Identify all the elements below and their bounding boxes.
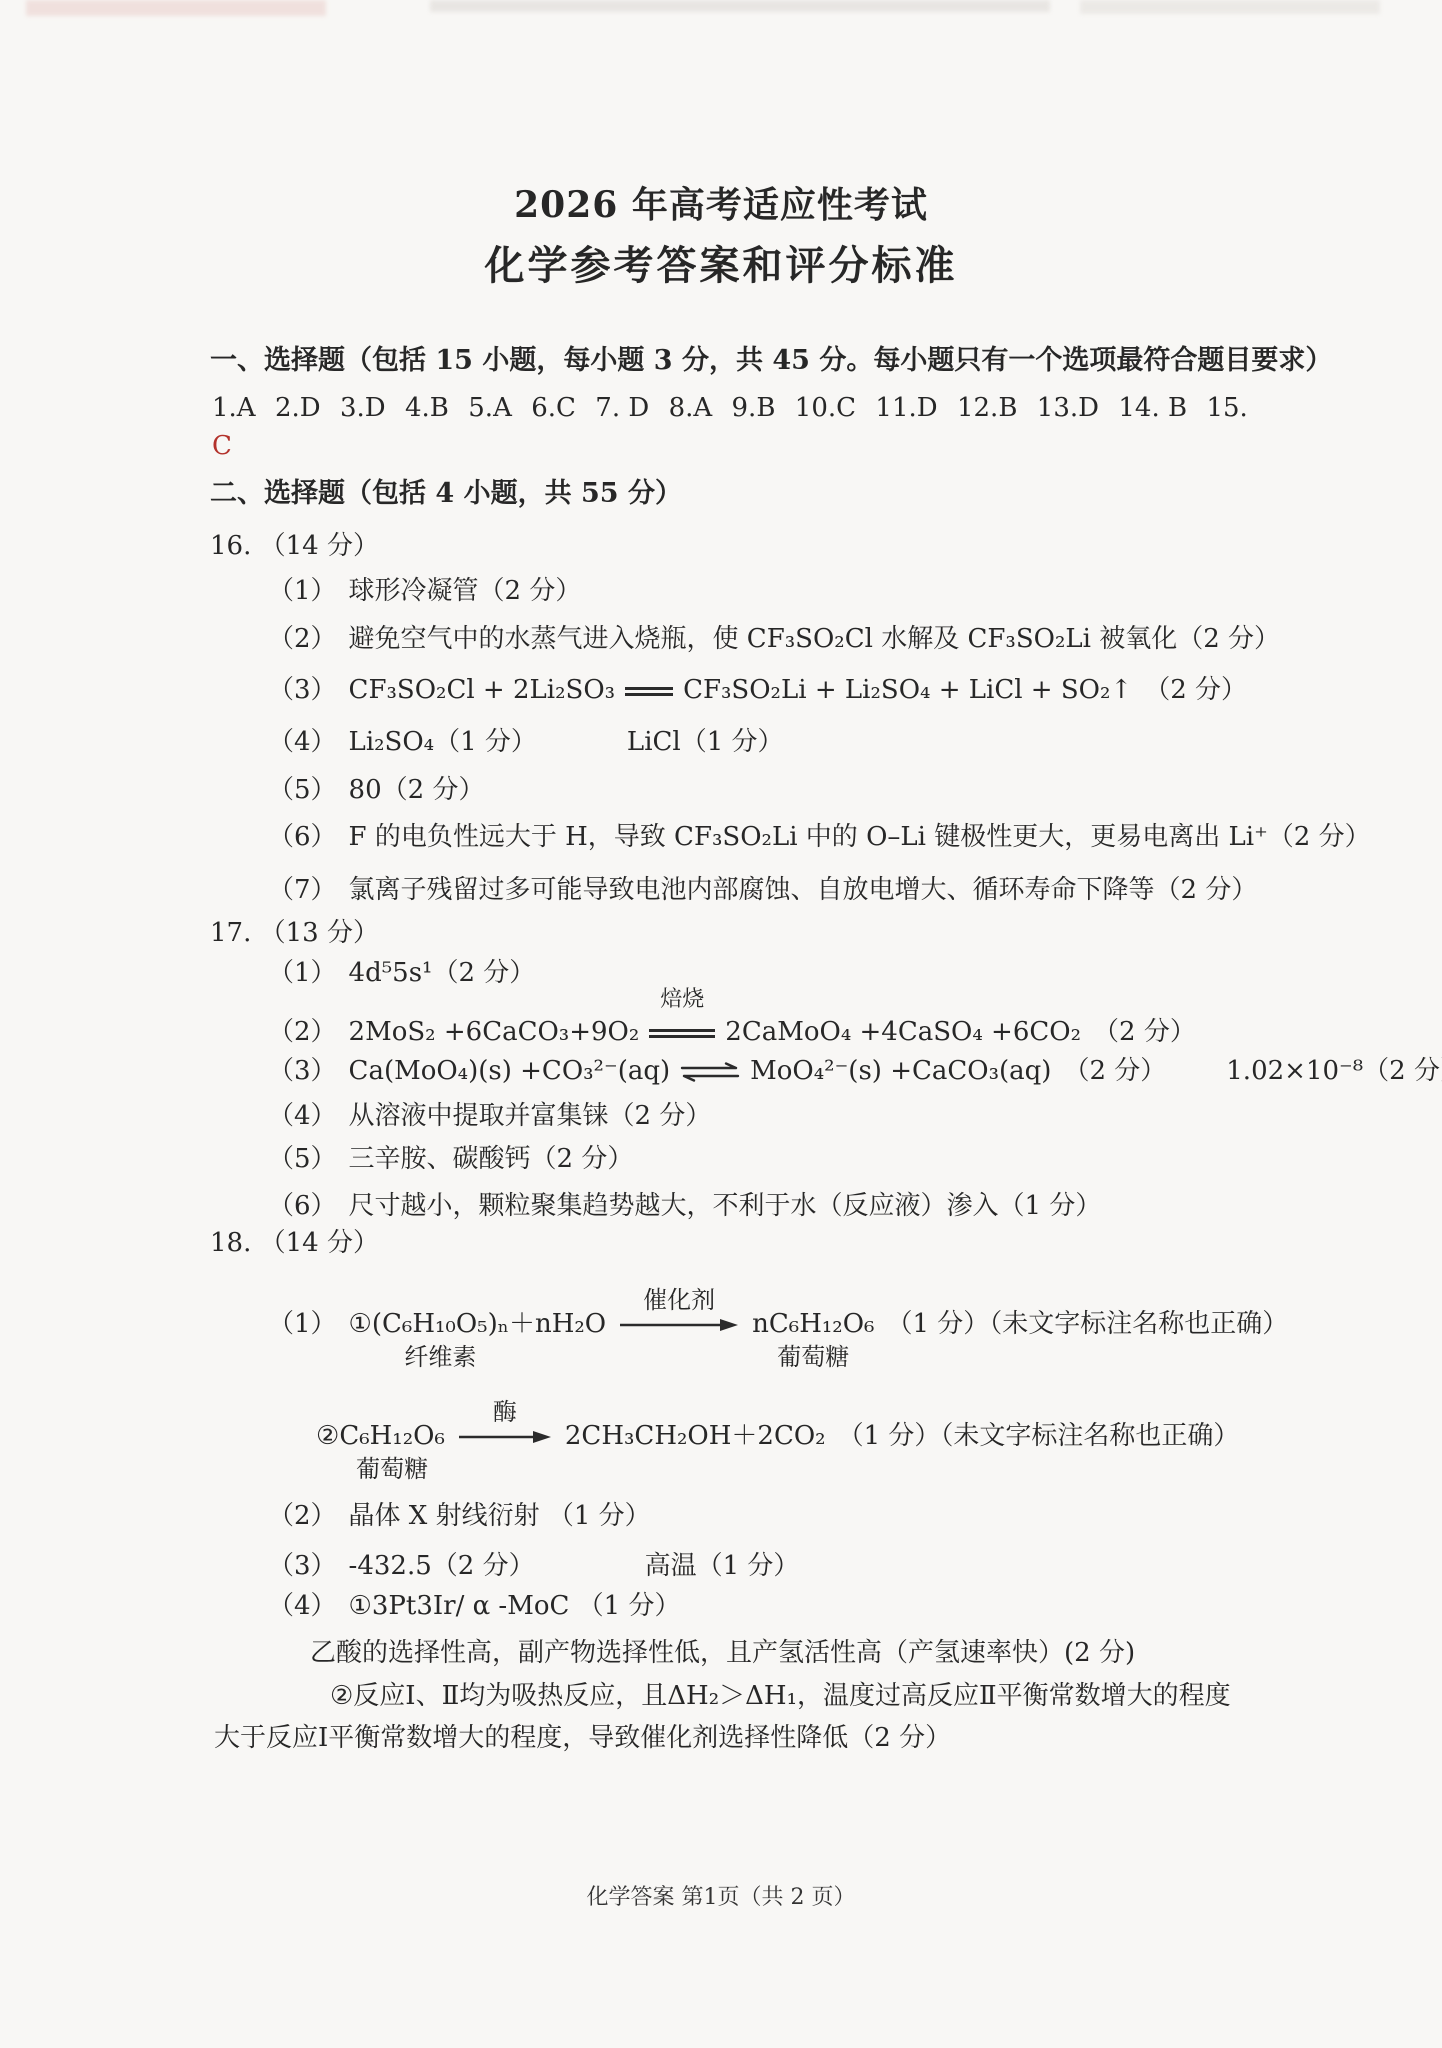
page-title-line2: 化学参考答案和评分标准 <box>0 241 1442 291</box>
equation-rhs: 2CaMoO₄ +4CaSO₄ +6CO₂ <box>725 1017 1081 1047</box>
overflow-answer: C <box>212 430 232 463</box>
item-marker: （5） <box>268 1144 337 1174</box>
answer-item: 3.D <box>340 392 386 425</box>
q16-item-1: （1）球形冷凝管（2 分） <box>268 575 581 608</box>
equation-lhs: CF₃SO₂Cl + 2Li₂SO₃ <box>349 675 616 705</box>
q16-item-7: （7）氯离子残留过多可能导致电池内部腐蚀、自放电增大、循环寿命下降等（2 分） <box>268 874 1257 907</box>
item-marker: （3） <box>268 1056 337 1086</box>
q18-total: （14 分） <box>260 1228 379 1258</box>
q18-item-4: （4）①3Pt3Ir/ α -MoC （1 分） <box>268 1590 680 1623</box>
item-extra-answer: 1.02×10⁻⁸（2 分） <box>1226 1056 1442 1086</box>
item-score: （1 分）（未文字标注名称也正确） <box>838 1421 1240 1451</box>
item-text: 球形冷凝管（2 分） <box>349 576 582 606</box>
item-text: 80（2 分） <box>349 775 485 805</box>
answers-row: 1.A2.D3.D4.B5.A6.C7. D8.A9.B10.C11.D12.B… <box>212 392 1248 425</box>
item-text: 避免空气中的水蒸气进入烧瓶，使 CF₃SO₂Cl 水解及 CF₃SO₂Li 被氧… <box>349 624 1280 654</box>
item-marker: （2） <box>268 1501 337 1531</box>
item-answer-1: Li₂SO₄（1 分） <box>349 727 537 757</box>
item-marker: （2） <box>268 1017 337 1047</box>
reactant-formula: (C₆H₁₀O₅)ₙ <box>372 1309 509 1339</box>
item-text: 4d⁵5s¹（2 分） <box>349 958 536 988</box>
item-answer-1: -432.5（2 分） <box>349 1551 535 1581</box>
q18-item-4-line2: 乙酸的选择性高，副产物选择性低，且产氢活性高（产氢速率快）(2 分) <box>310 1637 1135 1670</box>
item-marker: （3） <box>268 1551 337 1581</box>
q16-number: 16. <box>210 531 251 561</box>
item-marker: （7） <box>268 875 337 905</box>
item-text: 氯离子残留过多可能导致电池内部腐蚀、自放电增大、循环寿命下降等（2 分） <box>349 875 1258 905</box>
q17-number: 17. <box>210 918 251 948</box>
reaction-condition-label: 酶 <box>457 1397 553 1427</box>
q18-number: 18. <box>210 1228 251 1258</box>
answer-item: 15. <box>1206 392 1247 425</box>
item-score: （2 分） <box>1093 1017 1196 1047</box>
answer-item: 10.C <box>795 392 856 425</box>
item-score: （2 分） <box>1144 675 1247 705</box>
answer-item: 1.A <box>212 392 256 425</box>
item-marker: （1） <box>268 576 337 606</box>
item-answer-2: 高温（1 分） <box>645 1551 800 1581</box>
item-score: （1 分）（未文字标注名称也正确） <box>886 1309 1288 1339</box>
reaction-arrow: 催化剂 <box>618 1317 740 1333</box>
reaction-condition-label: 焙烧 <box>660 986 704 1014</box>
item-text: F 的电负性远大于 H，导致 CF₃SO₂Li 中的 O–Li 键极性更大，更易… <box>349 822 1371 852</box>
item-marker: （2） <box>268 624 337 654</box>
q18-equation-1: （1）①(C₆H₁₀O₅)ₙ纤维素＋nH₂O催化剂nC₆H₁₂O₆葡萄糖（1 分… <box>268 1308 1288 1341</box>
equation-lhs: 2MoS₂ +6CaCO₃+9O₂ <box>349 1017 640 1047</box>
document-page: 2026 年高考适应性考试 化学参考答案和评分标准 一、选择题（包括 15 小题… <box>0 0 1442 2048</box>
item-marker: （6） <box>268 822 337 852</box>
equation-rhs: MoO₄²⁻(s) +CaCO₃(aq) <box>750 1056 1051 1086</box>
q18-item-3: （3）-432.5（2 分）高温（1 分） <box>268 1550 799 1583</box>
reactant-with-name: C₆H₁₂O₆葡萄糖 <box>339 1420 445 1453</box>
right-arrow-icon <box>618 1317 740 1333</box>
q18-header: 18. （14 分） <box>210 1227 379 1260</box>
q18-item-4-line4: 大于反应Ⅰ平衡常数增大的程度，导致催化剂选择性降低（2 分） <box>214 1722 951 1755</box>
q16-item-6: （6）F 的电负性远大于 H，导致 CF₃SO₂Li 中的 O–Li 键极性更大… <box>268 821 1371 854</box>
equilibrium-arrows-icon <box>678 1062 742 1082</box>
double-bond-equals-icon <box>625 687 673 696</box>
reactant-rest: ＋nH₂O <box>509 1309 606 1339</box>
item-marker: （6） <box>268 1191 337 1221</box>
reaction-condition-equals: 焙烧 <box>649 1017 715 1050</box>
q17-total: （13 分） <box>260 918 379 948</box>
reactant-name-label: 纤维素 <box>404 1342 476 1372</box>
item-text: ①3Pt3Ir/ α -MoC （1 分） <box>349 1591 681 1621</box>
q16-item-2: （2）避免空气中的水蒸气进入烧瓶，使 CF₃SO₂Cl 水解及 CF₃SO₂Li… <box>268 623 1280 656</box>
scan-artifact-gray <box>430 0 1050 12</box>
product-with-name: nC₆H₁₂O₆葡萄糖 <box>752 1308 874 1341</box>
item-score: （2 分） <box>1063 1056 1166 1086</box>
equation-lhs: Ca(MoO₄)(s) +CO₃²⁻(aq) <box>349 1056 671 1086</box>
q17-item-6: （6）尺寸越小，颗粒聚集趋势越大，不利于水（反应液）渗入（1 分） <box>268 1190 1101 1223</box>
q17-item-1: （1）4d⁵5s¹（2 分） <box>268 957 535 990</box>
double-bond-equals-icon <box>649 1029 715 1038</box>
answer-item: 2.D <box>275 392 321 425</box>
q16-header: 16. （14 分） <box>210 530 379 563</box>
equation-rhs: CF₃SO₂Li + Li₂SO₄ + LiCl + SO₂↑ <box>683 675 1132 705</box>
circled-two-icon: ② <box>316 1421 339 1451</box>
q17-item-5: （5）三辛胺、碳酸钙（2 分） <box>268 1143 633 1176</box>
item-marker: （3） <box>268 675 337 705</box>
reactant-formula: C₆H₁₂O₆ <box>339 1421 445 1451</box>
page-title-line1: 2026 年高考适应性考试 <box>0 183 1442 228</box>
answer-item: 9.B <box>732 392 776 425</box>
item-text: 三辛胺、碳酸钙（2 分） <box>349 1144 634 1174</box>
product-name-label: 葡萄糖 <box>777 1342 849 1372</box>
q16-item-3-equation: （3）CF₃SO₂Cl + 2Li₂SO₃CF₃SO₂Li + Li₂SO₄ +… <box>268 674 1247 707</box>
item-marker: （1） <box>268 958 337 988</box>
answer-item: 8.A <box>669 392 713 425</box>
reaction-arrow: 酶 <box>457 1429 553 1445</box>
answer-item: 7. D <box>595 392 649 425</box>
q17-item-2-equation: （2）2MoS₂ +6CaCO₃+9O₂焙烧2CaMoO₄ +4CaSO₄ +6… <box>268 1016 1196 1049</box>
answer-item: 11.D <box>875 392 937 425</box>
section-two-heading: 二、选择题（包括 4 小题，共 55 分） <box>210 477 682 511</box>
q17-item-4: （4）从溶液中提取并富集铼（2 分） <box>268 1100 711 1133</box>
reactant-with-name: (C₆H₁₀O₅)ₙ纤维素 <box>372 1308 509 1341</box>
q17-header: 17. （13 分） <box>210 917 379 950</box>
reactant-name-label: 葡萄糖 <box>356 1454 428 1484</box>
q16-total: （14 分） <box>260 531 379 561</box>
q18-equation-2: ②C₆H₁₂O₆葡萄糖酶2CH₃CH₂OH＋2CO₂（1 分）（未文字标注名称也… <box>316 1420 1239 1453</box>
q16-item-4: （4）Li₂SO₄（1 分）LiCl（1 分） <box>268 726 784 759</box>
q18-item-4-line3: ②反应Ⅰ、Ⅱ均为吸热反应，且ΔH₂＞ΔH₁，温度过高反应Ⅱ平衡常数增大的程度 <box>330 1680 1231 1713</box>
section-one-heading: 一、选择题（包括 15 小题，每小题 3 分，共 45 分。每小题只有一个选项最… <box>210 344 1332 378</box>
item-marker: （4） <box>268 1591 337 1621</box>
scan-artifact-gray <box>1080 0 1380 14</box>
item-text: 从溶液中提取并富集铼（2 分） <box>349 1101 712 1131</box>
item-marker: （4） <box>268 1101 337 1131</box>
item-marker: （1） <box>268 1309 337 1339</box>
item-answer-2: LiCl（1 分） <box>627 727 784 757</box>
answer-item: 14. B <box>1118 392 1187 425</box>
answer-item: 4.B <box>405 392 449 425</box>
answer-item: 6.C <box>531 392 576 425</box>
q18-item-2: （2）晶体 X 射线衍射 （1 分） <box>268 1500 651 1533</box>
reaction-condition-label: 催化剂 <box>618 1285 740 1315</box>
q17-item-3-equation: （3）Ca(MoO₄)(s) +CO₃²⁻(aq)MoO₄²⁻(s) +CaCO… <box>268 1055 1442 1088</box>
product-formula: nC₆H₁₂O₆ <box>752 1309 874 1339</box>
q16-item-5: （5）80（2 分） <box>268 774 484 807</box>
item-text: 尺寸越小，颗粒聚集趋势越大，不利于水（反应液）渗入（1 分） <box>349 1191 1102 1221</box>
item-marker: （4） <box>268 727 337 757</box>
equation-rhs: 2CH₃CH₂OH＋2CO₂ <box>565 1421 826 1451</box>
item-marker: （5） <box>268 775 337 805</box>
right-arrow-icon <box>457 1429 553 1445</box>
answer-item: 13.D <box>1037 392 1099 425</box>
answer-item: 5.A <box>468 392 512 425</box>
page-footer: 化学答案 第1页（共 2 页） <box>0 1884 1442 1912</box>
circled-one-icon: ① <box>349 1309 372 1339</box>
scan-artifact-red <box>26 0 326 16</box>
item-text: 晶体 X 射线衍射 （1 分） <box>349 1501 651 1531</box>
answer-item: 12.B <box>957 392 1017 425</box>
